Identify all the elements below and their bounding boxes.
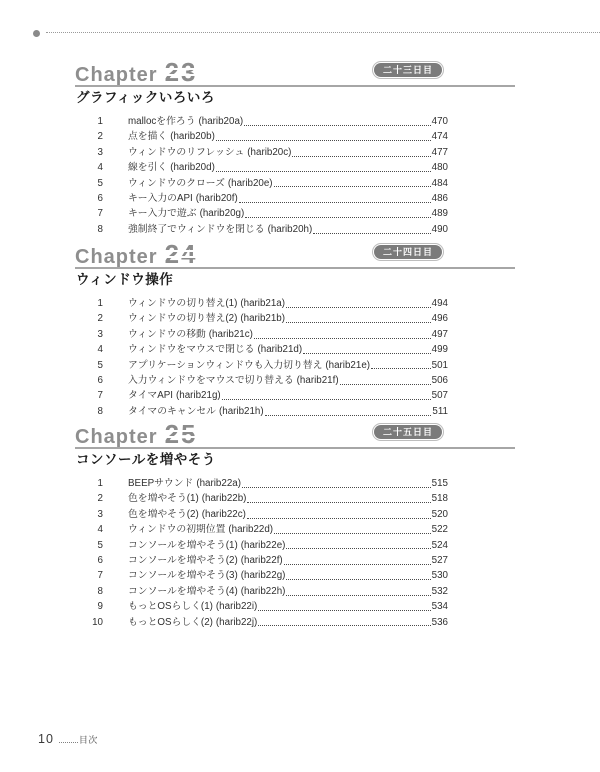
entry-title: コンソールを増やそう(4) — [128, 584, 238, 599]
toc-page: Chapter23 二十三日目 グラフィックいろいろ 1 mallocを作ろう … — [0, 0, 600, 772]
entry-dot-leader — [216, 171, 431, 172]
toc-entry: 7 タイマAPI (harib21g) 507 — [75, 388, 448, 403]
toc-entry: 5 ウィンドウのクローズ (harib20e) 484 — [75, 176, 448, 191]
entry-page-number: 532 — [432, 584, 448, 599]
toc-entry: 3 ウィンドウのリフレッシュ (harib20c) 477 — [75, 145, 448, 160]
entry-page-number: 536 — [432, 615, 448, 630]
entry-number: 4 — [75, 160, 103, 175]
entry-dot-leader — [274, 186, 431, 187]
entry-dot-leader — [340, 384, 431, 385]
entry-number: 8 — [75, 584, 103, 599]
page-footer: 10 目次 — [38, 732, 98, 746]
entry-dot-leader — [313, 233, 430, 234]
entry-ref: (harib20b) — [170, 129, 215, 144]
entry-page-number: 499 — [432, 342, 448, 357]
entry-title: キー入力のAPI — [128, 191, 193, 206]
entry-title: 点を描く — [128, 129, 167, 144]
entry-page-number: 522 — [432, 522, 448, 537]
toc-entry: 9 もっとOSらしく(1) (harib22i) 534 — [75, 599, 448, 614]
section-title: ウィンドウ操作 — [76, 271, 515, 288]
entry-number: 1 — [75, 296, 103, 311]
entry-dot-leader — [254, 338, 431, 339]
chapter-number: 25 — [165, 419, 198, 449]
entry-ref: (harib22a) — [196, 476, 241, 491]
chapter-number-wrap: 23 — [165, 60, 198, 86]
entry-page-number: 506 — [432, 373, 448, 388]
chapter-logo: Chapter23 — [75, 60, 198, 87]
entry-dot-leader — [247, 518, 431, 519]
chapter-number-wrap: 25 — [165, 422, 198, 448]
toc-entry: 8 コンソールを増やそう(4) (harib22h) 532 — [75, 584, 448, 599]
toc-entry: 1 mallocを作ろう (harib20a) 470 — [75, 114, 448, 129]
entry-title: ウィンドウのクローズ — [128, 176, 225, 191]
entry-page-number: 518 — [432, 491, 448, 506]
entry-ref: (harib21b) — [240, 311, 285, 326]
toc-entry: 1 ウィンドウの切り替え(1) (harib21a) 494 — [75, 296, 448, 311]
section-title: グラフィックいろいろ — [76, 89, 515, 106]
toc-entry: 3 ウィンドウの移動 (harib21c) 497 — [75, 327, 448, 342]
entry-number: 8 — [75, 404, 103, 419]
entry-page-number: 527 — [432, 553, 448, 568]
toc-entry: 7 キー入力で遊ぶ (harib20g) 489 — [75, 206, 448, 221]
entry-ref: (harib22c) — [202, 507, 246, 522]
entry-title: ウィンドウの移動 — [128, 327, 206, 342]
toc-entry: 2 ウィンドウの切り替え(2) (harib21b) 496 — [75, 311, 448, 326]
entry-dot-leader — [239, 202, 431, 203]
entry-title: タイマAPI — [128, 388, 173, 403]
footer-section-label: 目次 — [79, 733, 98, 746]
day-badge: 二十五日目 — [372, 423, 444, 441]
entry-title: ウィンドウの切り替え(1) — [128, 296, 237, 311]
toc-entry: 5 アプリケーションウィンドウも入力切り替え (harib21e) 501 — [75, 358, 448, 373]
toc-item-list: 1 ウィンドウの切り替え(1) (harib21a) 494 2 ウィンドウの切… — [75, 296, 448, 419]
entry-dot-leader — [286, 579, 430, 580]
entry-number: 2 — [75, 311, 103, 326]
day-badge: 二十四日目 — [372, 243, 444, 261]
entry-title: BEEPサウンド — [128, 476, 193, 491]
entry-title: 入力ウィンドウをマウスで切り替える — [128, 373, 294, 388]
entry-dot-leader — [284, 564, 431, 565]
entry-number: 1 — [75, 114, 103, 129]
entry-title: コンソールを増やそう(2) — [128, 553, 238, 568]
entry-number: 1 — [75, 476, 103, 491]
entry-dot-leader — [265, 415, 432, 416]
toc-item-list: 1 BEEPサウンド (harib22a) 515 2 色を増やそう(1) (h… — [75, 476, 448, 630]
chapter-logo: Chapter25 — [75, 422, 198, 449]
entry-page-number: 507 — [432, 388, 448, 403]
entry-title: 強制終了でウィンドウを閉じる — [128, 222, 265, 237]
entry-ref: (harib22f) — [241, 553, 283, 568]
entry-number: 4 — [75, 342, 103, 357]
toc-entry: 5 コンソールを増やそう(1) (harib22e) 524 — [75, 538, 448, 553]
entry-dot-leader — [292, 156, 430, 157]
entry-title: もっとOSらしく(1) — [128, 599, 213, 614]
entry-dot-leader — [303, 353, 431, 354]
entry-number: 8 — [75, 222, 103, 237]
chapter-block: Chapter25 二十五日目 コンソールを増やそう 1 BEEPサウンド (h… — [75, 422, 515, 630]
day-badge: 二十三日目 — [372, 61, 444, 79]
entry-page-number: 470 — [432, 114, 448, 129]
entry-page-number: 490 — [432, 222, 448, 237]
entry-title: コンソールを増やそう(3) — [128, 568, 238, 583]
entry-number: 6 — [75, 553, 103, 568]
entry-dot-leader — [286, 307, 431, 308]
entry-title: mallocを作ろう — [128, 114, 196, 129]
entry-ref: (harib21h) — [219, 404, 264, 419]
day-badge-label: 二十三日目 — [374, 63, 442, 77]
entry-dot-leader — [286, 548, 430, 549]
toc-item-list: 1 mallocを作ろう (harib20a) 470 2 点を描く (hari… — [75, 114, 448, 237]
toc-entry: 8 強制終了でウィンドウを閉じる (harib20h) 490 — [75, 222, 448, 237]
entry-page-number: 486 — [432, 191, 448, 206]
day-badge-label: 二十五日目 — [374, 425, 442, 439]
entry-number: 10 — [75, 615, 103, 630]
entry-page-number: 494 — [432, 296, 448, 311]
entry-number: 5 — [75, 538, 103, 553]
entry-ref: (harib22i) — [216, 599, 257, 614]
entry-number: 6 — [75, 191, 103, 206]
toc-entry: 10 もっとOSらしく(2) (harib22j) 536 — [75, 615, 448, 630]
chapter-block: Chapter23 二十三日目 グラフィックいろいろ 1 mallocを作ろう … — [75, 60, 515, 237]
entry-title: ウィンドウをマウスで閉じる — [128, 342, 254, 357]
entry-page-number: 520 — [432, 507, 448, 522]
entry-dot-leader — [247, 502, 430, 503]
toc-entry: 4 ウィンドウの初期位置 (harib22d) 522 — [75, 522, 448, 537]
entry-number: 5 — [75, 358, 103, 373]
entry-dot-leader — [258, 610, 430, 611]
entry-ref: (harib22g) — [241, 568, 286, 583]
entry-page-number: 524 — [432, 538, 448, 553]
chapter-number-wrap: 24 — [165, 242, 198, 268]
chapter-number: 24 — [165, 239, 198, 269]
entry-page-number: 484 — [432, 176, 448, 191]
toc-entry: 3 色を増やそう(2) (harib22c) 520 — [75, 507, 448, 522]
entry-page-number: 497 — [432, 327, 448, 342]
entry-title: 色を増やそう(1) — [128, 491, 199, 506]
section-title: コンソールを増やそう — [76, 451, 515, 468]
entry-number: 3 — [75, 327, 103, 342]
entry-page-number: 515 — [432, 476, 448, 491]
entry-ref: (harib21e) — [325, 358, 370, 373]
toc-entry: 6 キー入力のAPI (harib20f) 486 — [75, 191, 448, 206]
footer-dot-leader — [59, 742, 78, 743]
toc-entry: 1 BEEPサウンド (harib22a) 515 — [75, 476, 448, 491]
entry-number: 3 — [75, 145, 103, 160]
day-badge-label: 二十四日目 — [374, 245, 442, 259]
entry-ref: (harib20e) — [228, 176, 273, 191]
entry-page-number: 511 — [432, 404, 448, 419]
entry-title: もっとOSらしく(2) — [128, 615, 213, 630]
entry-dot-leader — [245, 217, 430, 218]
toc-entry: 6 コンソールを増やそう(2) (harib22f) 527 — [75, 553, 448, 568]
toc-entry: 8 タイマのキャンセル (harib21h) 511 — [75, 404, 448, 419]
entry-title: ウィンドウの初期位置 — [128, 522, 225, 537]
toc-entry: 4 線を引く (harib20d) 480 — [75, 160, 448, 175]
toc-entry: 2 色を増やそう(1) (harib22b) 518 — [75, 491, 448, 506]
entry-ref: (harib21c) — [209, 327, 253, 342]
chapter-word: Chapter — [75, 64, 158, 86]
chapter-header: Chapter25 二十五日目 — [75, 422, 515, 446]
entry-ref: (harib21d) — [257, 342, 302, 357]
entry-title: コンソールを増やそう(1) — [128, 538, 238, 553]
chapter-word: Chapter — [75, 426, 158, 448]
entry-ref: (harib22d) — [228, 522, 273, 537]
entry-dot-leader — [274, 533, 431, 534]
entry-page-number: 530 — [432, 568, 448, 583]
chapter-logo: Chapter24 — [75, 242, 198, 269]
chapter-header: Chapter23 二十三日目 — [75, 60, 515, 84]
entry-page-number: 477 — [432, 145, 448, 160]
entry-ref: (harib21a) — [240, 296, 285, 311]
entry-dot-leader — [244, 125, 430, 126]
entry-ref: (harib22b) — [202, 491, 247, 506]
entry-page-number: 496 — [432, 311, 448, 326]
entry-page-number: 534 — [432, 599, 448, 614]
entry-ref: (harib20f) — [196, 191, 238, 206]
entry-page-number: 501 — [432, 358, 448, 373]
entry-ref: (harib21f) — [297, 373, 339, 388]
entry-dot-leader — [222, 399, 431, 400]
toc-entry: 6 入力ウィンドウをマウスで切り替える (harib21f) 506 — [75, 373, 448, 388]
entry-ref: (harib20c) — [247, 145, 291, 160]
toc-entry: 2 点を描く (harib20b) 474 — [75, 129, 448, 144]
chapter-word: Chapter — [75, 246, 158, 268]
entry-title: ウィンドウの切り替え(2) — [128, 311, 237, 326]
entry-number: 2 — [75, 491, 103, 506]
entry-page-number: 489 — [432, 206, 448, 221]
folio-page-number: 10 — [38, 732, 54, 746]
entry-ref: (harib20h) — [268, 222, 313, 237]
entry-page-number: 474 — [432, 129, 448, 144]
entry-title: アプリケーションウィンドウも入力切り替え — [128, 358, 322, 373]
entry-number: 4 — [75, 522, 103, 537]
entry-dot-leader — [286, 322, 431, 323]
entry-title: ウィンドウのリフレッシュ — [128, 145, 244, 160]
entry-number: 7 — [75, 206, 103, 221]
entry-title: 色を増やそう(2) — [128, 507, 199, 522]
toc-entry: 7 コンソールを増やそう(3) (harib22g) 530 — [75, 568, 448, 583]
entry-ref: (harib22j) — [216, 615, 257, 630]
entry-dot-leader — [216, 140, 431, 141]
content: Chapter23 二十三日目 グラフィックいろいろ 1 mallocを作ろう … — [75, 0, 515, 700]
entry-number: 6 — [75, 373, 103, 388]
entry-dot-leader — [286, 595, 430, 596]
entry-number: 9 — [75, 599, 103, 614]
entry-title: タイマのキャンセル — [128, 404, 216, 419]
entry-ref: (harib22e) — [241, 538, 286, 553]
entry-dot-leader — [242, 487, 431, 488]
entry-dot-leader — [371, 368, 431, 369]
entry-ref: (harib20d) — [170, 160, 215, 175]
entry-number: 3 — [75, 507, 103, 522]
entry-ref: (harib20g) — [200, 206, 245, 221]
entry-ref: (harib20a) — [199, 114, 244, 129]
entry-title: キー入力で遊ぶ — [128, 206, 197, 221]
entry-number: 7 — [75, 388, 103, 403]
entry-ref: (harib21g) — [176, 388, 221, 403]
entry-ref: (harib22h) — [241, 584, 286, 599]
toc-entry: 4 ウィンドウをマウスで閉じる (harib21d) 499 — [75, 342, 448, 357]
entry-page-number: 480 — [432, 160, 448, 175]
entry-title: 線を引く — [128, 160, 167, 175]
chapter-number: 23 — [165, 57, 198, 87]
chapter-header: Chapter24 二十四日目 — [75, 242, 515, 266]
entry-dot-leader — [258, 625, 430, 626]
bullet-dot-icon — [33, 30, 40, 37]
chapter-block: Chapter24 二十四日目 ウィンドウ操作 1 ウィンドウの切り替え(1) … — [75, 242, 515, 419]
entry-number: 7 — [75, 568, 103, 583]
entry-number: 2 — [75, 129, 103, 144]
entry-number: 5 — [75, 176, 103, 191]
